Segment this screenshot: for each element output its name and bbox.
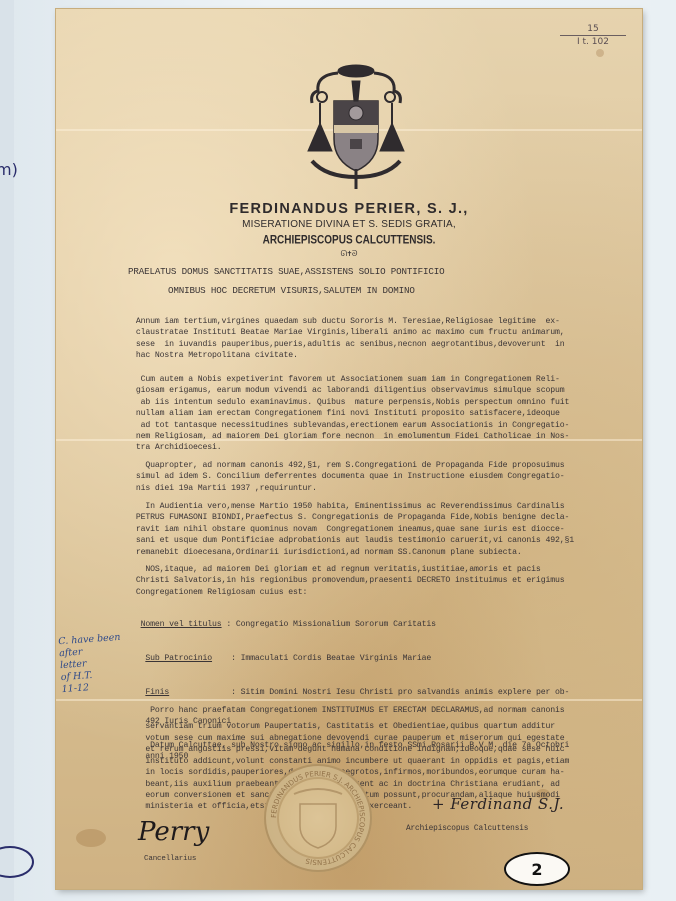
field-label: Nomen vel titulus — [141, 620, 222, 629]
field-nomen: Nomen vel titulus : Congregatio Missiona… — [112, 619, 569, 630]
field-patrocinium: Sub Patrocinio : Immaculati Cordis Beata… — [112, 653, 569, 664]
paragraph-5: NOS,itaque, ad maiorem Dei gloriam et ad… — [112, 564, 565, 598]
field-label: Sub Patrocinio — [145, 654, 212, 663]
header-title: ARCHIEPISCOPUS CALCUTTENSIS. — [56, 234, 642, 247]
folio-annotation: 15 I t. 102 — [560, 24, 626, 47]
paragraph-1: Annum iam tertium,virgines quaedam sub d… — [112, 316, 565, 362]
paragraph-declaration: Porro hanc praefatam Congregationem INST… — [112, 705, 565, 728]
folio-reference: I t. 102 — [560, 36, 626, 47]
archiepiscopal-coat-of-arms-icon — [296, 61, 416, 191]
paragraph-2: Cum autem a Nobis expetiverint favorem u… — [112, 374, 569, 454]
paragraph-4: In Audientia vero,mense Martio 1950 habi… — [112, 501, 574, 558]
decree-document: 15 I t. 102 FERDINANDUS PERIER, S. J., M… — [56, 9, 642, 889]
omnibus-salutation: OMNIBUS HOC DECRETUM VISURIS,SALUTEM IN … — [168, 285, 415, 296]
handwritten-margin-note: C. have been after letter of H.T. 11-12 — [58, 632, 124, 696]
wall-handwritten-mark: m) — [0, 160, 18, 179]
archbishop-signature: + Ferdinand S.J. — [432, 795, 564, 813]
field-finis: Finis : Sitim Domini Nostri Iesu Christi… — [112, 687, 569, 698]
paragraph-3: Quapropter, ad normam canonis 492,§1, re… — [112, 460, 565, 494]
paragraph-datum: Datum Calcuttae, sub Nostro signo ac sig… — [112, 740, 569, 763]
page-number-badge: 2 — [504, 852, 570, 886]
chancellor-label: Cancellarius — [144, 854, 196, 865]
header-subtitle: MISERATIONE DIVINA ET S. SEDIS GRATIA, — [56, 219, 642, 230]
field-value: Congregatio Missionalium Sororum Caritat… — [236, 620, 436, 629]
stain — [76, 829, 106, 847]
chancellor-signature: Perry — [138, 817, 209, 847]
archbishop-label: Archiepiscopus Calcuttensis — [406, 824, 528, 835]
archbishop-name: FERDINANDUS PERIER, S. J., — [56, 201, 642, 217]
stain — [596, 49, 604, 57]
field-value: Immaculati Cordis Beatae Virginis Mariae — [241, 654, 432, 663]
flourish-ornament-icon: ᘏ✝ᘐ — [56, 249, 642, 259]
embossed-seal-icon: FERDINANDUS PERIER S.J. ARCHIEPISCOPUS C… — [264, 764, 372, 872]
svg-text:FERDINANDUS PERIER S.J. ARCHIE: FERDINANDUS PERIER S.J. ARCHIEPISCOPUS C… — [270, 770, 366, 866]
field-value: Sitim Domini Nostri Iesu Christi pro sal… — [241, 688, 570, 697]
seal-legend: FERDINANDUS PERIER S.J. ARCHIEPISCOPUS C… — [264, 764, 372, 872]
folio-number: 15 — [560, 24, 626, 36]
praelatus-line: PRAELATUS DOMUS SANCTITATIS SUAE,ASSISTE… — [128, 266, 444, 277]
adjacent-panel — [0, 0, 14, 901]
field-label: Finis — [145, 688, 169, 697]
